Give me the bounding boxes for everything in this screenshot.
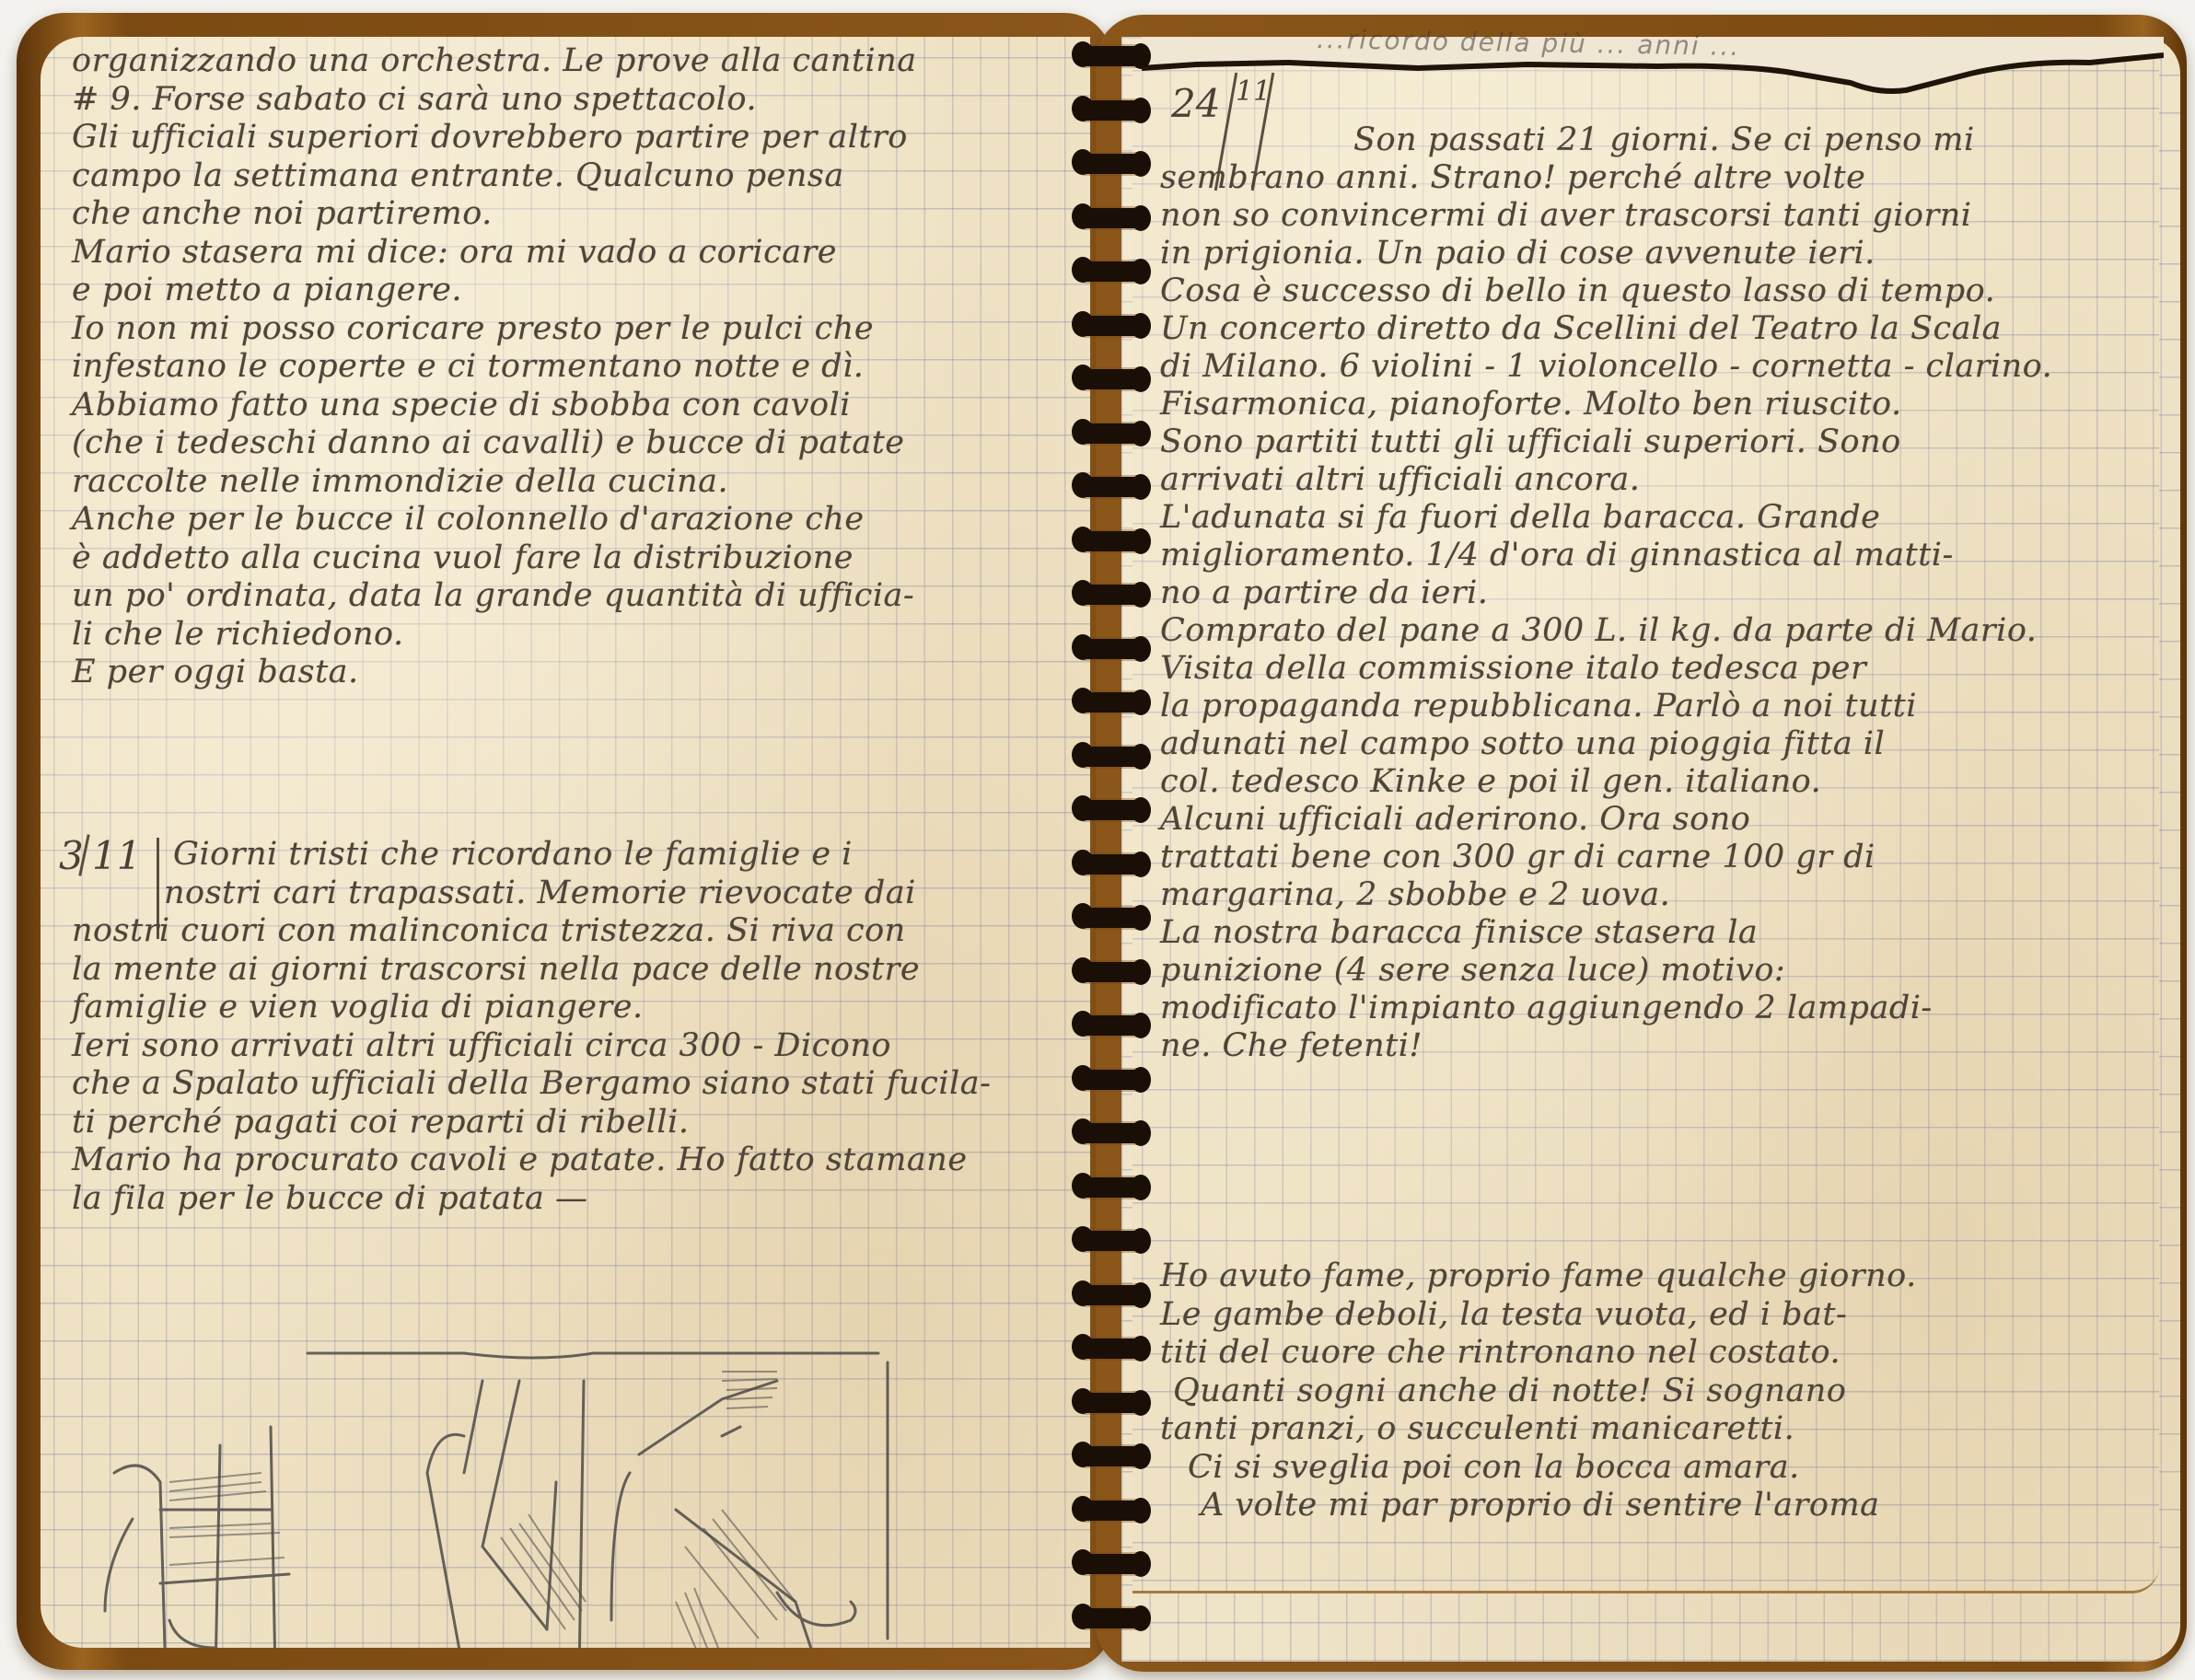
spiral-ring — [1075, 854, 1149, 875]
spiral-ring — [1075, 1393, 1149, 1413]
spiral-ring — [1075, 692, 1149, 713]
handwritten-line: punizione (4 sere senza luce) motivo: — [1160, 952, 1785, 989]
handwritten-line: Abbiamo fatto una specie di sbobba con c… — [72, 387, 851, 423]
handwritten-line: organizzando una orchestra. Le prove all… — [72, 42, 917, 79]
handwritten-line: ne. Che fetenti! — [1160, 1027, 1423, 1064]
handwritten-line: margarina, 2 sbobbe e 2 uova. — [1160, 876, 1670, 913]
spiral-ring — [1075, 908, 1149, 928]
handwritten-line: non so convincermi di aver trascorsi tan… — [1160, 197, 1971, 234]
spiral-ring — [1075, 154, 1149, 174]
handwritten-line: Un concerto diretto da Scellini del Teat… — [1160, 310, 2002, 347]
handwritten-line: adunati nel campo sotto una pioggia fitt… — [1160, 725, 1885, 762]
handwritten-line: A volte mi par proprio di sentire l'arom… — [1201, 1487, 1880, 1524]
handwritten-line: Son passati 21 giorni. Se ci penso mi — [1353, 122, 1975, 158]
handwritten-line: tanti pranzi, o succulenti manicaretti. — [1160, 1410, 1794, 1447]
spiral-ring — [1075, 423, 1149, 444]
spiral-ring — [1075, 1015, 1149, 1036]
handwritten-line: (che i tedeschi danno ai cavalli) e bucc… — [72, 424, 905, 461]
handwritten-line: la fila per le bucce di patata — — [72, 1180, 588, 1217]
spiral-ring — [1075, 46, 1149, 66]
spiral-binding — [1068, 33, 1169, 1653]
handwritten-line: La nostra baracca finisce stasera la — [1160, 914, 1758, 951]
handwritten-line: famiglie e vien voglia di piangere. — [72, 989, 644, 1025]
handwritten-line: Io non mi posso coricare presto per le p… — [72, 310, 874, 347]
handwritten-line: Comprato del pane a 300 L. il kg. da par… — [1160, 612, 2037, 649]
right-page: 24 11 Son passati 21 giorni. Se ci penso… — [1132, 44, 2159, 1593]
handwritten-line: Visita della commissione italo tedesca p… — [1160, 650, 1866, 687]
entry-date-month: 11 — [92, 833, 141, 878]
handwritten-line: un po' ordinata, data la grande quantità… — [72, 577, 914, 614]
handwritten-line: e poi metto a piangere. — [72, 272, 462, 308]
handwritten-line: miglioramento. 1/4 d'ora di ginnastica a… — [1160, 537, 1954, 574]
handwritten-line: Mario stasera mi dice: ora mi vado a cor… — [72, 234, 837, 271]
handwritten-line: nostri cuori con malinconica tristezza. … — [72, 912, 906, 949]
handwritten-line: in prigionia. Un paio di cose avvenute i… — [1160, 235, 1876, 272]
spiral-ring — [1075, 1446, 1149, 1466]
spiral-ring — [1075, 261, 1149, 282]
handwritten-line: arrivati altri ufficiali ancora. — [1160, 461, 1640, 498]
handwritten-line: Ieri sono arrivati altri ufficiali circa… — [72, 1027, 891, 1064]
spiral-ring — [1075, 1554, 1149, 1574]
handwritten-line: Mario ha procurato cavoli e patate. Ho f… — [72, 1141, 968, 1178]
spiral-ring — [1075, 1285, 1149, 1305]
handwritten-line: Cosa è successo di bello in questo lasso… — [1160, 272, 1995, 309]
left-page: organizzando una orchestra. Le prove all… — [41, 37, 1090, 1648]
handwritten-line: L'adunata si fa fuori della baracca. Gra… — [1160, 499, 1880, 536]
entry-date-day: 24 — [1171, 81, 1220, 126]
handwritten-line: Sono partiti tutti gli ufficiali superio… — [1160, 423, 1901, 460]
handwritten-line: Alcuni ufficiali aderirono. Ora sono — [1160, 801, 1750, 838]
handwritten-line: Ho avuto fame, proprio fame qualche gior… — [1160, 1257, 1917, 1294]
handwritten-line: di Milano. 6 violini - 1 violoncello - c… — [1160, 348, 2052, 385]
handwritten-line: trattati bene con 300 gr di carne 100 gr… — [1160, 839, 1876, 875]
handwritten-line: che anche noi partiremo. — [72, 195, 493, 232]
handwritten-line: Quanti sogni anche di notte! Si sognano — [1173, 1373, 1846, 1409]
spiral-ring — [1075, 639, 1149, 659]
handwritten-line: la propaganda repubblicana. Parlò a noi … — [1160, 688, 1917, 724]
handwritten-line: E per oggi basta. — [72, 654, 359, 690]
handwritten-line: no a partire da ieri. — [1160, 574, 1488, 611]
handwritten-line: infestano le coperte e ci tormentano not… — [72, 348, 864, 385]
spiral-ring — [1075, 1338, 1149, 1359]
handwritten-line: col. tedesco Kinke e poi il gen. italian… — [1160, 763, 1821, 800]
pencil-sketch — [77, 1344, 1090, 1648]
handwritten-line: è addetto alla cucina vuol fare la distr… — [72, 539, 854, 576]
spiral-ring — [1075, 369, 1149, 389]
handwritten-line: sembrano anni. Strano! perché altre volt… — [1160, 159, 1865, 196]
handwritten-line: Giorni tristi che ricordano le famiglie … — [173, 836, 853, 873]
handwritten-line: titi del cuore che rintronano nel costat… — [1160, 1334, 1841, 1371]
handwritten-line: che a Spalato ufficiali della Bergamo si… — [72, 1065, 991, 1102]
spiral-ring — [1075, 100, 1149, 121]
spiral-ring — [1075, 531, 1149, 551]
handwritten-line: Ci si sveglia poi con la bocca amara. — [1188, 1449, 1800, 1486]
spiral-ring — [1075, 1070, 1149, 1090]
spiral-ring — [1075, 1177, 1149, 1198]
handwritten-line: modificato l'impianto aggiungendo 2 lamp… — [1160, 990, 1933, 1026]
spiral-ring — [1075, 1123, 1149, 1143]
handwritten-line: Le gambe deboli, la testa vuota, ed i ba… — [1160, 1296, 1847, 1333]
spiral-ring — [1075, 800, 1149, 820]
spiral-ring — [1075, 477, 1149, 497]
handwritten-line: Fisarmonica, pianoforte. Molto ben riusc… — [1160, 386, 1902, 423]
handwritten-line: nostri cari trapassati. Memorie rievocat… — [164, 875, 916, 911]
handwritten-line: # 9. Forse sabato ci sarà uno spettacolo… — [72, 81, 757, 118]
spiral-ring — [1075, 1500, 1149, 1521]
spiral-ring — [1075, 1608, 1149, 1628]
spiral-ring — [1075, 962, 1149, 982]
handwritten-line: raccolte nelle immondizie della cucina. — [72, 463, 728, 500]
handwritten-line: ti perché pagati coi reparti di ribelli. — [72, 1104, 689, 1141]
handwritten-line: la mente ai giorni trascorsi nella pace … — [72, 951, 920, 988]
handwritten-line: campo la settimana entrante. Qualcuno pe… — [72, 157, 844, 194]
spiral-ring — [1075, 585, 1149, 605]
spiral-ring — [1075, 316, 1149, 336]
spiral-ring — [1075, 208, 1149, 228]
handwritten-line: li che le richiedono. — [72, 616, 404, 653]
handwritten-line: Gli ufficiali superiori dovrebbero parti… — [72, 119, 908, 156]
spiral-ring — [1075, 1231, 1149, 1251]
handwritten-line: Anche per le bucce il colonnello d'arazi… — [72, 501, 865, 538]
spiral-ring — [1075, 747, 1149, 767]
